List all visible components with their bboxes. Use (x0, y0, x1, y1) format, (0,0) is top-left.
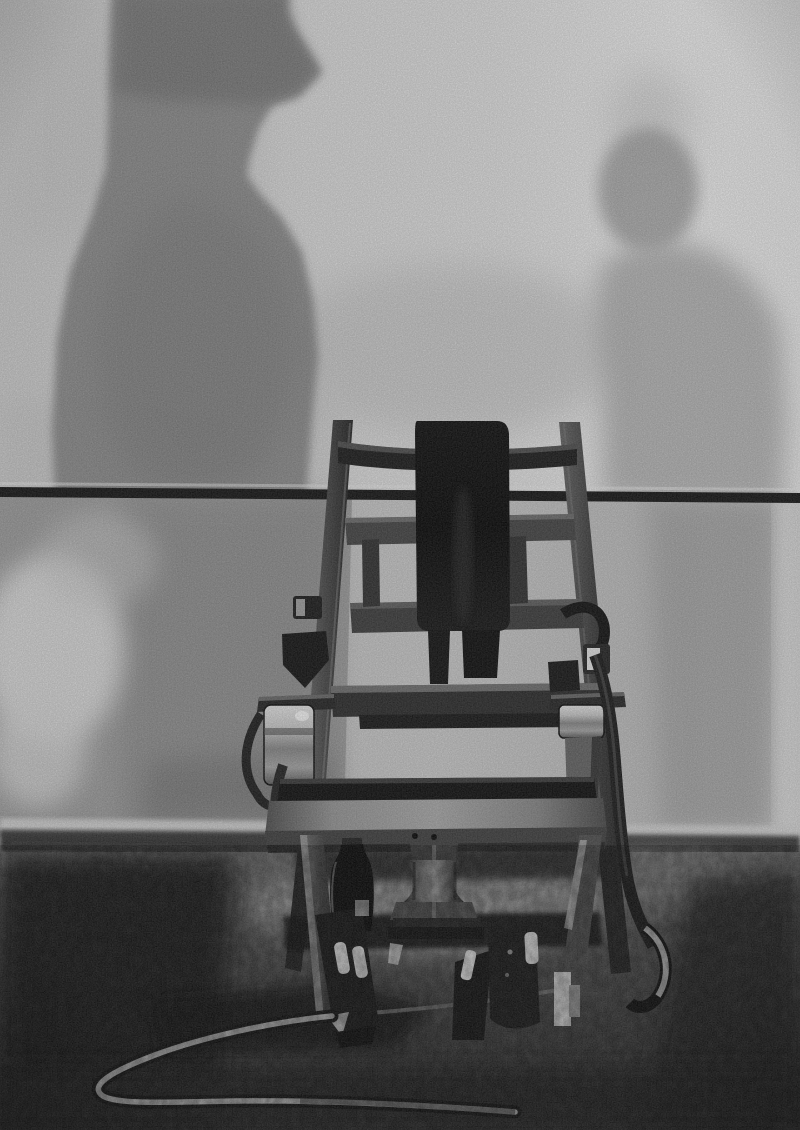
electric-chair-photograph (0, 0, 800, 1130)
vignette (0, 0, 800, 1130)
photo-frame (0, 0, 800, 1130)
